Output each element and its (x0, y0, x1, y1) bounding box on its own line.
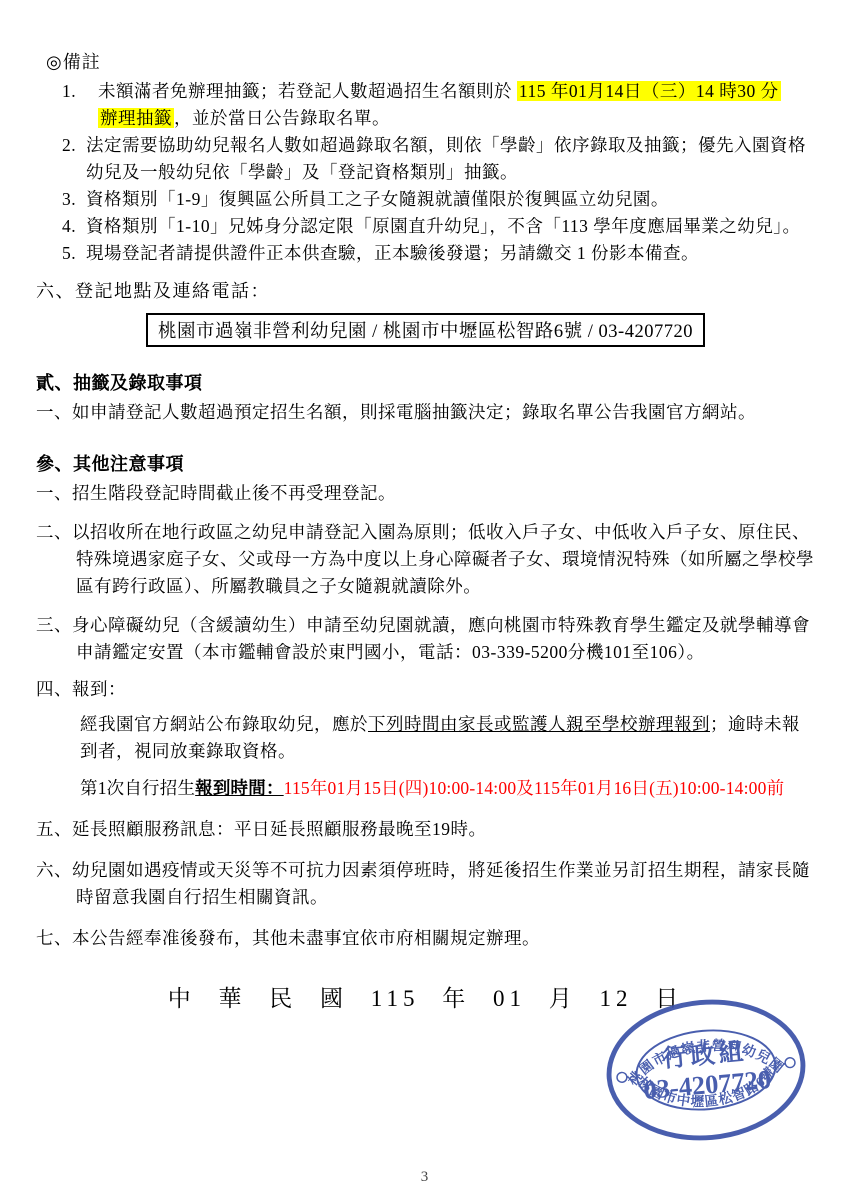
notes-section: ◎備註 1. 未額滿者免辦理抽籤；若登記人數超過招生名額則於 115 年01月1… (36, 48, 815, 267)
section-lottery-heading: 貳、抽籤及錄取事項 (36, 369, 815, 395)
item-label: 一、 (36, 402, 72, 422)
other-item-1: 一、招生階段登記時間截止後不再受理登記。 (36, 480, 815, 507)
note-item-4: 4. 資格類別「1-10」兄姊身分認定限「原園直升幼兒」，不含「113 學年度應… (62, 213, 815, 240)
item-text: 報到： (72, 679, 126, 699)
notes-header: ◎備註 (46, 48, 815, 74)
note-text: 未額滿者免辦理抽籤；若登記人數超過招生名額則於 115 年01月14日（三）14… (98, 78, 815, 132)
note-item-5: 5. 現場登記者請提供證件正本供查驗，正本驗後發還；另請繳交 1 份影本備查。 (62, 240, 815, 267)
official-stamp: 桃園市過嶺非營利幼兒園 桃園市中壢區松智路6號 行政組 03-4207720 (596, 987, 816, 1153)
checkin-underlined: 下列時間由家長或監護人親至學校辦理報到 (368, 714, 710, 734)
schedule-pre: 第1次自行招生 (80, 778, 195, 798)
address-box: 桃園市過嶺非營利幼兒園 / 桃園市中壢區松智路6號 / 03-4207720 (146, 313, 705, 347)
item-text: 招生階段登記時間截止後不再受理登記。 (72, 483, 396, 503)
item-label: 三、 (36, 615, 72, 635)
note-item-3: 3. 資格類別「1-9」復興區公所員工之子女隨親就讀僅限於復興區立幼兒園。 (62, 186, 815, 213)
schedule-dates-red: 115年01月15日(四)10:00-14:00及115年01月16日(五)10… (284, 778, 785, 798)
highlighted-lottery-action: 辦理抽籤 (98, 108, 174, 128)
other-item-3: 三、身心障礙幼兒（含緩讀幼生）申請至幼兒園就讀，應向桃園市特殊教育學生鑑定及就學… (36, 612, 815, 666)
checkin-pre: 經我園官方網站公布錄取幼兒，應於 (80, 714, 368, 734)
item-text: 幼兒園如遇疫情或天災等不可抗力因素須停班時，將延後招生作業並另訂招生期程，請家長… (72, 860, 810, 907)
location-heading: 六、登記地點及連絡電話： (36, 277, 815, 303)
stamp-phone: 03-4207720 (642, 1064, 772, 1105)
note-number: 3. (62, 186, 86, 213)
item-text: 延長照顧服務訊息：平日延長照顧服務最晚至19時。 (72, 819, 487, 839)
other-item-6: 六、幼兒園如遇疫情或天災等不可抗力因素須停班時，將延後招生作業並另訂招生期程，請… (36, 857, 815, 911)
note-number: 5. (62, 240, 86, 267)
item-text: 如申請登記人數超過預定招生名額，則採電腦抽籤決定；錄取名單公告我園官方網站。 (72, 402, 756, 422)
note-number: 2. (62, 132, 86, 186)
item-label: 七、 (36, 928, 72, 948)
item-text: 本公告經奉准後發布，其他未盡事宜依市府相關規定辦理。 (72, 928, 540, 948)
document-page: ◎備註 1. 未額滿者免辦理抽籤；若登記人數超過招生名額則於 115 年01月1… (0, 0, 849, 1200)
note-text: 資格類別「1-9」復興區公所員工之子女隨親就讀僅限於復興區立幼兒園。 (86, 186, 815, 213)
note-text: 資格類別「1-10」兄姊身分認定限「原園直升幼兒」，不含「113 學年度應屆畢業… (86, 213, 815, 240)
item-label: 六、 (36, 860, 72, 880)
note-number: 1. (62, 78, 98, 132)
schedule-label: 報到時間： (195, 778, 284, 798)
item-label: 四、 (36, 679, 72, 699)
item-text: 以招收所在地行政區之幼兒申請登記入園為原則；低收入戶子女、中低收入戶子女、原住民… (72, 522, 814, 596)
checkin-paragraph: 經我園官方網站公布錄取幼兒，應於下列時間由家長或監護人親至學校辦理報到；逾時未報… (80, 711, 815, 765)
other-item-2: 二、以招收所在地行政區之幼兒申請登記入園為原則；低收入戶子女、中低收入戶子女、原… (36, 519, 815, 600)
lottery-item-1: 一、如申請登記人數超過預定招生名額，則採電腦抽籤決定；錄取名單公告我園官方網站。 (36, 399, 815, 426)
item-label: 五、 (36, 819, 72, 839)
note-1-pre: 未額滿者免辦理抽籤；若登記人數超過招生名額則於 (98, 81, 517, 101)
note-1-post: ，並於當日公告錄取名單。 (174, 108, 390, 128)
note-text: 法定需要協助幼兒報名人數如超過錄取名額，則依「學齡」依序錄取及抽籤；優先入園資格… (86, 132, 815, 186)
other-item-5: 五、延長照顧服務訊息：平日延長照顧服務最晚至19時。 (36, 816, 815, 843)
note-number: 4. (62, 213, 86, 240)
other-item-4-heading: 四、報到： (36, 676, 815, 703)
item-label: 二、 (36, 522, 72, 542)
other-item-7: 七、本公告經奉准後發布，其他未盡事宜依市府相關規定辦理。 (36, 925, 815, 952)
highlighted-lottery-date: 115 年01月14日（三）14 時30 分 (517, 81, 781, 101)
note-item-1: 1. 未額滿者免辦理抽籤；若登記人數超過招生名額則於 115 年01月14日（三… (62, 78, 815, 132)
stamp-svg: 桃園市過嶺非營利幼兒園 桃園市中壢區松智路6號 行政組 03-4207720 (596, 987, 816, 1153)
address-box-wrapper: 桃園市過嶺非營利幼兒園 / 桃園市中壢區松智路6號 / 03-4207720 (36, 313, 815, 347)
stamp-rosette-left-icon (617, 1072, 628, 1083)
section-other-heading: 參、其他注意事項 (36, 450, 815, 476)
checkin-schedule-line: 第1次自行招生報到時間：115年01月15日(四)10:00-14:00及115… (80, 775, 815, 802)
item-label: 一、 (36, 483, 72, 503)
stamp-rosette-right-icon (785, 1057, 796, 1068)
item-text: 身心障礙幼兒（含緩讀幼生）申請至幼兒園就讀，應向桃園市特殊教育學生鑑定及就學輔導… (72, 615, 810, 662)
note-text: 現場登記者請提供證件正本供查驗，正本驗後發還；另請繳交 1 份影本備查。 (86, 240, 815, 267)
note-item-2: 2. 法定需要協助幼兒報名人數如超過錄取名額，則依「學齡」依序錄取及抽籤；優先入… (62, 132, 815, 186)
page-number: 3 (0, 1169, 849, 1186)
